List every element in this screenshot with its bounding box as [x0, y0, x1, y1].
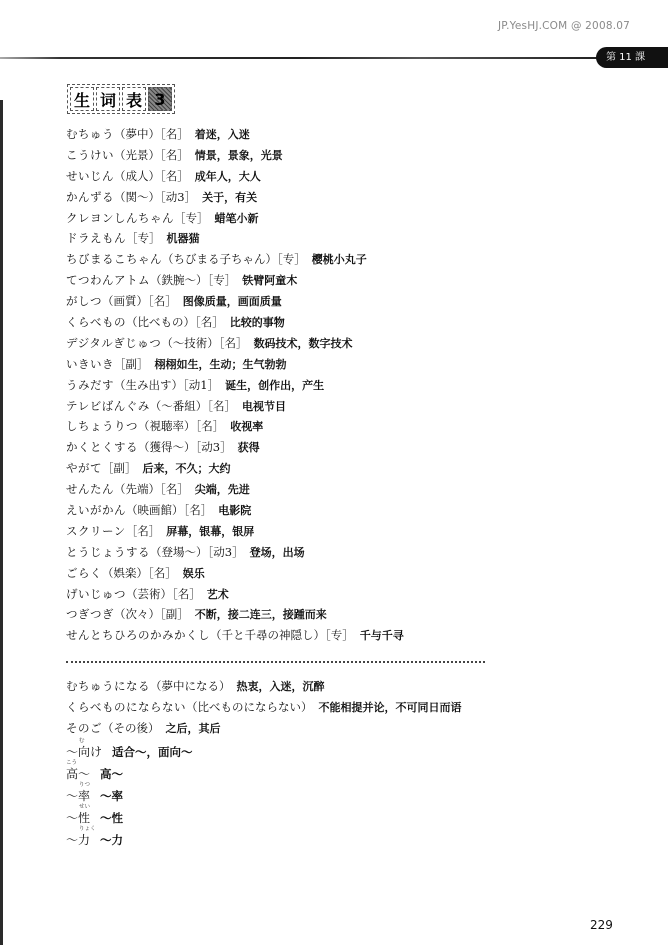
entry-detail: （その後）: [102, 721, 160, 735]
entry-reading: せんとちひろのかみかくし: [66, 628, 210, 642]
suffix-word: ～性: [66, 811, 90, 825]
entry-meaning: 着迷，入迷: [195, 128, 250, 141]
suffix-entry: りょく～力～力: [66, 828, 193, 850]
furigana: せい: [79, 804, 90, 810]
suffix-entry: りつ～率～率: [66, 784, 193, 806]
entry-detail: （比べものにならない）: [186, 700, 313, 714]
entry-reading: てつわんアトム: [66, 273, 150, 287]
vocab-entry: いきいき［副］栩栩如生，生动；生气勃勃: [66, 354, 404, 375]
vocab-entry: むちゅう（夢中）［名］着迷，入迷: [66, 124, 404, 145]
entry-detail: （夢中）［名］: [114, 127, 189, 141]
entry-detail: （夢中になる）: [150, 679, 231, 693]
entry-reading: クレヨンしんちゃん: [66, 211, 174, 225]
vocab-entry: テレビばんぐみ（～番組）［名］电视节目: [66, 396, 404, 417]
entry-reading: ちびまるこちゃん: [66, 252, 162, 266]
entry-detail: （視聴率）［名］: [138, 419, 224, 433]
entry-meaning: 获得: [238, 441, 260, 454]
entry-reading: がしつ: [66, 294, 102, 308]
entry-detail: （～番組）［名］: [150, 399, 236, 413]
suffix-meaning: ～率: [100, 789, 123, 803]
vocab-entry: やがて［副］后来，不久；大约: [66, 458, 404, 479]
suffix-word: 高～: [66, 767, 90, 781]
furigana: りょく: [79, 826, 96, 832]
phrase-entry: むちゅうになる（夢中になる）热衷，入迷，沉醉: [66, 676, 462, 697]
suffix-list: む～向け适合～，面向～こう高～高～りつ～率～率せい～性～性りょく～力～力: [66, 740, 193, 850]
entry-detail: （娯楽）［名］: [102, 566, 177, 580]
entry-reading: デジタルぎじゅつ: [66, 336, 161, 350]
vocabulary-list: むちゅう（夢中）［名］着迷，入迷こうけい（光景）［名］情景，景象，光景せいじん（…: [66, 124, 404, 646]
phrase-list: むちゅうになる（夢中になる）热衷，入迷，沉醉くらべものにならない（比べものになら…: [66, 676, 462, 739]
entry-detail: （鉄腕～）［专］: [150, 273, 236, 287]
vocab-entry: かんずる（関～）［动3］关于，有关: [66, 187, 404, 208]
entry-detail: （登場～）［动3］: [150, 545, 244, 559]
vocab-entry: がしつ（画質）［名］图像质量，画面质量: [66, 291, 404, 312]
entry-detail: （先端）［名］: [114, 482, 189, 496]
lesson-tab: 第 11 課: [596, 47, 668, 68]
entry-reading: かんずる: [66, 190, 114, 204]
entry-detail: ［副］: [102, 461, 137, 475]
entry-meaning: 栩栩如生，生动；生气勃勃: [155, 358, 287, 371]
entry-meaning: 图像质量，画面质量: [183, 295, 282, 308]
vocab-entry: せんたん（先端）［名］尖端，先进: [66, 479, 404, 500]
title-char: 生: [70, 87, 94, 111]
entry-detail: （映画館）［名］: [126, 503, 212, 517]
entry-reading: こうけい: [66, 148, 114, 162]
entry-detail: （芸術）［名］: [126, 587, 201, 601]
entry-reading: むちゅう: [66, 127, 114, 141]
entry-meaning: 电视节目: [242, 400, 286, 413]
scan-edge-shadow: [0, 100, 3, 945]
vocab-entry: せいじん（成人）［名］成年人，大人: [66, 166, 404, 187]
vocab-entry: クレヨンしんちゃん［专］蜡笔小新: [66, 208, 404, 229]
entry-reading: しちょうりつ: [66, 419, 138, 433]
entry-meaning: 情景，景象，光景: [195, 149, 283, 162]
entry-detail: （成人）［名］: [114, 169, 189, 183]
suffix-meaning: ～性: [100, 811, 123, 825]
entry-detail: （画質）［名］: [102, 294, 177, 308]
entry-meaning: 樱桃小丸子: [312, 253, 367, 266]
header-rule: [0, 57, 600, 59]
vocab-entry: スクリーン［名］屏幕，银幕，银屏: [66, 521, 404, 542]
vocab-entry: とうじょうする（登場～）［动3］登场，出场: [66, 542, 404, 563]
entry-meaning: 不断，接二连三，接踵而来: [195, 608, 327, 621]
entry-detail: ［专］: [174, 211, 209, 225]
entry-meaning: 热衷，入迷，沉醉: [237, 680, 325, 693]
entry-meaning: 屏幕，银幕，银屏: [166, 525, 254, 538]
suffix-word: ～率: [66, 789, 90, 803]
entry-reading: むちゅうになる: [66, 679, 150, 693]
furigana: こう: [66, 760, 77, 766]
furigana: む: [79, 738, 85, 744]
vocab-entry: ごらく（娯楽）［名］娱乐: [66, 563, 404, 584]
entry-reading: テレビばんぐみ: [66, 399, 150, 413]
entry-meaning: 千与千寻: [360, 629, 404, 642]
entry-reading: やがて: [66, 461, 102, 475]
suffix-meaning: ～力: [100, 833, 123, 847]
vocab-entry: しちょうりつ（視聴率）［名］收视率: [66, 416, 404, 437]
entry-meaning: 之后，其后: [166, 722, 221, 735]
entry-meaning: 成年人，大人: [195, 170, 261, 183]
entry-reading: かくとくする: [66, 440, 138, 454]
suffix-entry: こう高～高～: [66, 762, 193, 784]
entry-meaning: 尖端，先进: [195, 483, 250, 496]
entry-reading: ドラえもん: [66, 231, 126, 245]
furigana: りつ: [79, 782, 90, 788]
watermark: JP.YesHJ.COM @ 2008.07: [498, 20, 630, 32]
suffix-meaning: 适合～，面向～: [112, 745, 193, 759]
title-char: 词: [96, 87, 120, 111]
entry-meaning: 数码技术，数字技术: [254, 337, 353, 350]
vocab-entry: えいがかん（映画館）［名］电影院: [66, 500, 404, 521]
suffix-word: ～力: [66, 833, 90, 847]
title-char: 表: [122, 87, 146, 111]
entry-meaning: 蜡笔小新: [215, 212, 259, 225]
entry-reading: くらべもの: [66, 315, 126, 329]
vocab-entry: ドラえもん［专］机器猫: [66, 228, 404, 249]
entry-meaning: 诞生，创作出，产生: [225, 379, 324, 392]
vocab-entry: げいじゅつ（芸術）［名］艺术: [66, 584, 404, 605]
entry-detail: ［专］: [126, 231, 161, 245]
entry-meaning: 电影院: [218, 504, 251, 517]
entry-reading: スクリーン: [66, 524, 126, 538]
entry-reading: えいがかん: [66, 503, 126, 517]
entry-detail: （獲得～）［动3］: [138, 440, 232, 454]
section-title: 生 词 表 3: [67, 84, 175, 114]
entry-reading: とうじょうする: [66, 545, 150, 559]
entry-meaning: 登场，出场: [250, 546, 305, 559]
entry-meaning: 后来，不久；大约: [143, 462, 231, 475]
entry-meaning: 娱乐: [183, 567, 205, 580]
entry-detail: （比べもの）［名］: [126, 315, 224, 329]
entry-meaning: 收视率: [230, 420, 263, 433]
entry-reading: いきいき: [66, 357, 114, 371]
entry-meaning: 关于，有关: [202, 191, 257, 204]
entry-reading: そのご: [66, 721, 102, 735]
vocab-entry: つぎつぎ（次々）［副］不断，接二连三，接踵而来: [66, 604, 404, 625]
entry-reading: ごらく: [66, 566, 102, 580]
entry-meaning: 铁臂阿童木: [242, 274, 297, 287]
phrase-entry: くらべものにならない（比べものにならない）不能相提并论，不可同日而语: [66, 697, 462, 718]
vocab-entry: かくとくする（獲得～）［动3］获得: [66, 437, 404, 458]
vocab-entry: せんとちひろのかみかくし（千と千尋の神隠し）［专］千与千寻: [66, 625, 404, 646]
vocab-entry: くらべもの（比べもの）［名］比较的事物: [66, 312, 404, 333]
title-number: 3: [148, 87, 172, 111]
entry-meaning: 艺术: [207, 588, 229, 601]
entry-detail: ［名］: [126, 524, 161, 538]
entry-reading: うみだす: [66, 378, 114, 392]
suffix-entry: む～向け适合～，面向～: [66, 740, 193, 762]
vocab-entry: デジタルぎじゅつ（～技術）［名］数码技术，数字技术: [66, 333, 404, 354]
entry-detail: （ちびまる子ちゃん）［专］: [162, 252, 306, 266]
vocab-entry: ちびまるこちゃん（ちびまる子ちゃん）［专］樱桃小丸子: [66, 249, 404, 270]
page-number: 229: [590, 918, 613, 932]
entry-detail: （千と千尋の神隠し）［专］: [210, 628, 354, 642]
vocab-entry: こうけい（光景）［名］情景，景象，光景: [66, 145, 404, 166]
entry-detail: ［副］: [114, 357, 149, 371]
entry-meaning: 机器猫: [167, 232, 200, 245]
entry-detail: （次々）［副］: [114, 607, 189, 621]
phrase-entry: そのご（その後）之后，其后: [66, 718, 462, 739]
entry-reading: つぎつぎ: [66, 607, 114, 621]
entry-reading: せいじん: [66, 169, 114, 183]
entry-meaning: 比较的事物: [230, 316, 285, 329]
suffix-meaning: 高～: [100, 767, 123, 781]
entry-reading: せんたん: [66, 482, 114, 496]
suffix-entry: せい～性～性: [66, 806, 193, 828]
entry-reading: くらべものにならない: [66, 700, 186, 714]
vocab-entry: てつわんアトム（鉄腕～）［专］铁臂阿童木: [66, 270, 404, 291]
entry-detail: （光景）［名］: [114, 148, 189, 162]
dotted-divider: [66, 661, 485, 663]
suffix-word: ～向け: [66, 745, 102, 759]
entry-detail: （～技術）［名］: [161, 336, 247, 350]
entry-detail: （生み出す）［动1］: [114, 378, 219, 392]
entry-reading: げいじゅつ: [66, 587, 126, 601]
entry-meaning: 不能相提并论，不可同日而语: [319, 701, 462, 714]
entry-detail: （関～）［动3］: [114, 190, 196, 204]
vocab-entry: うみだす（生み出す）［动1］诞生，创作出，产生: [66, 375, 404, 396]
